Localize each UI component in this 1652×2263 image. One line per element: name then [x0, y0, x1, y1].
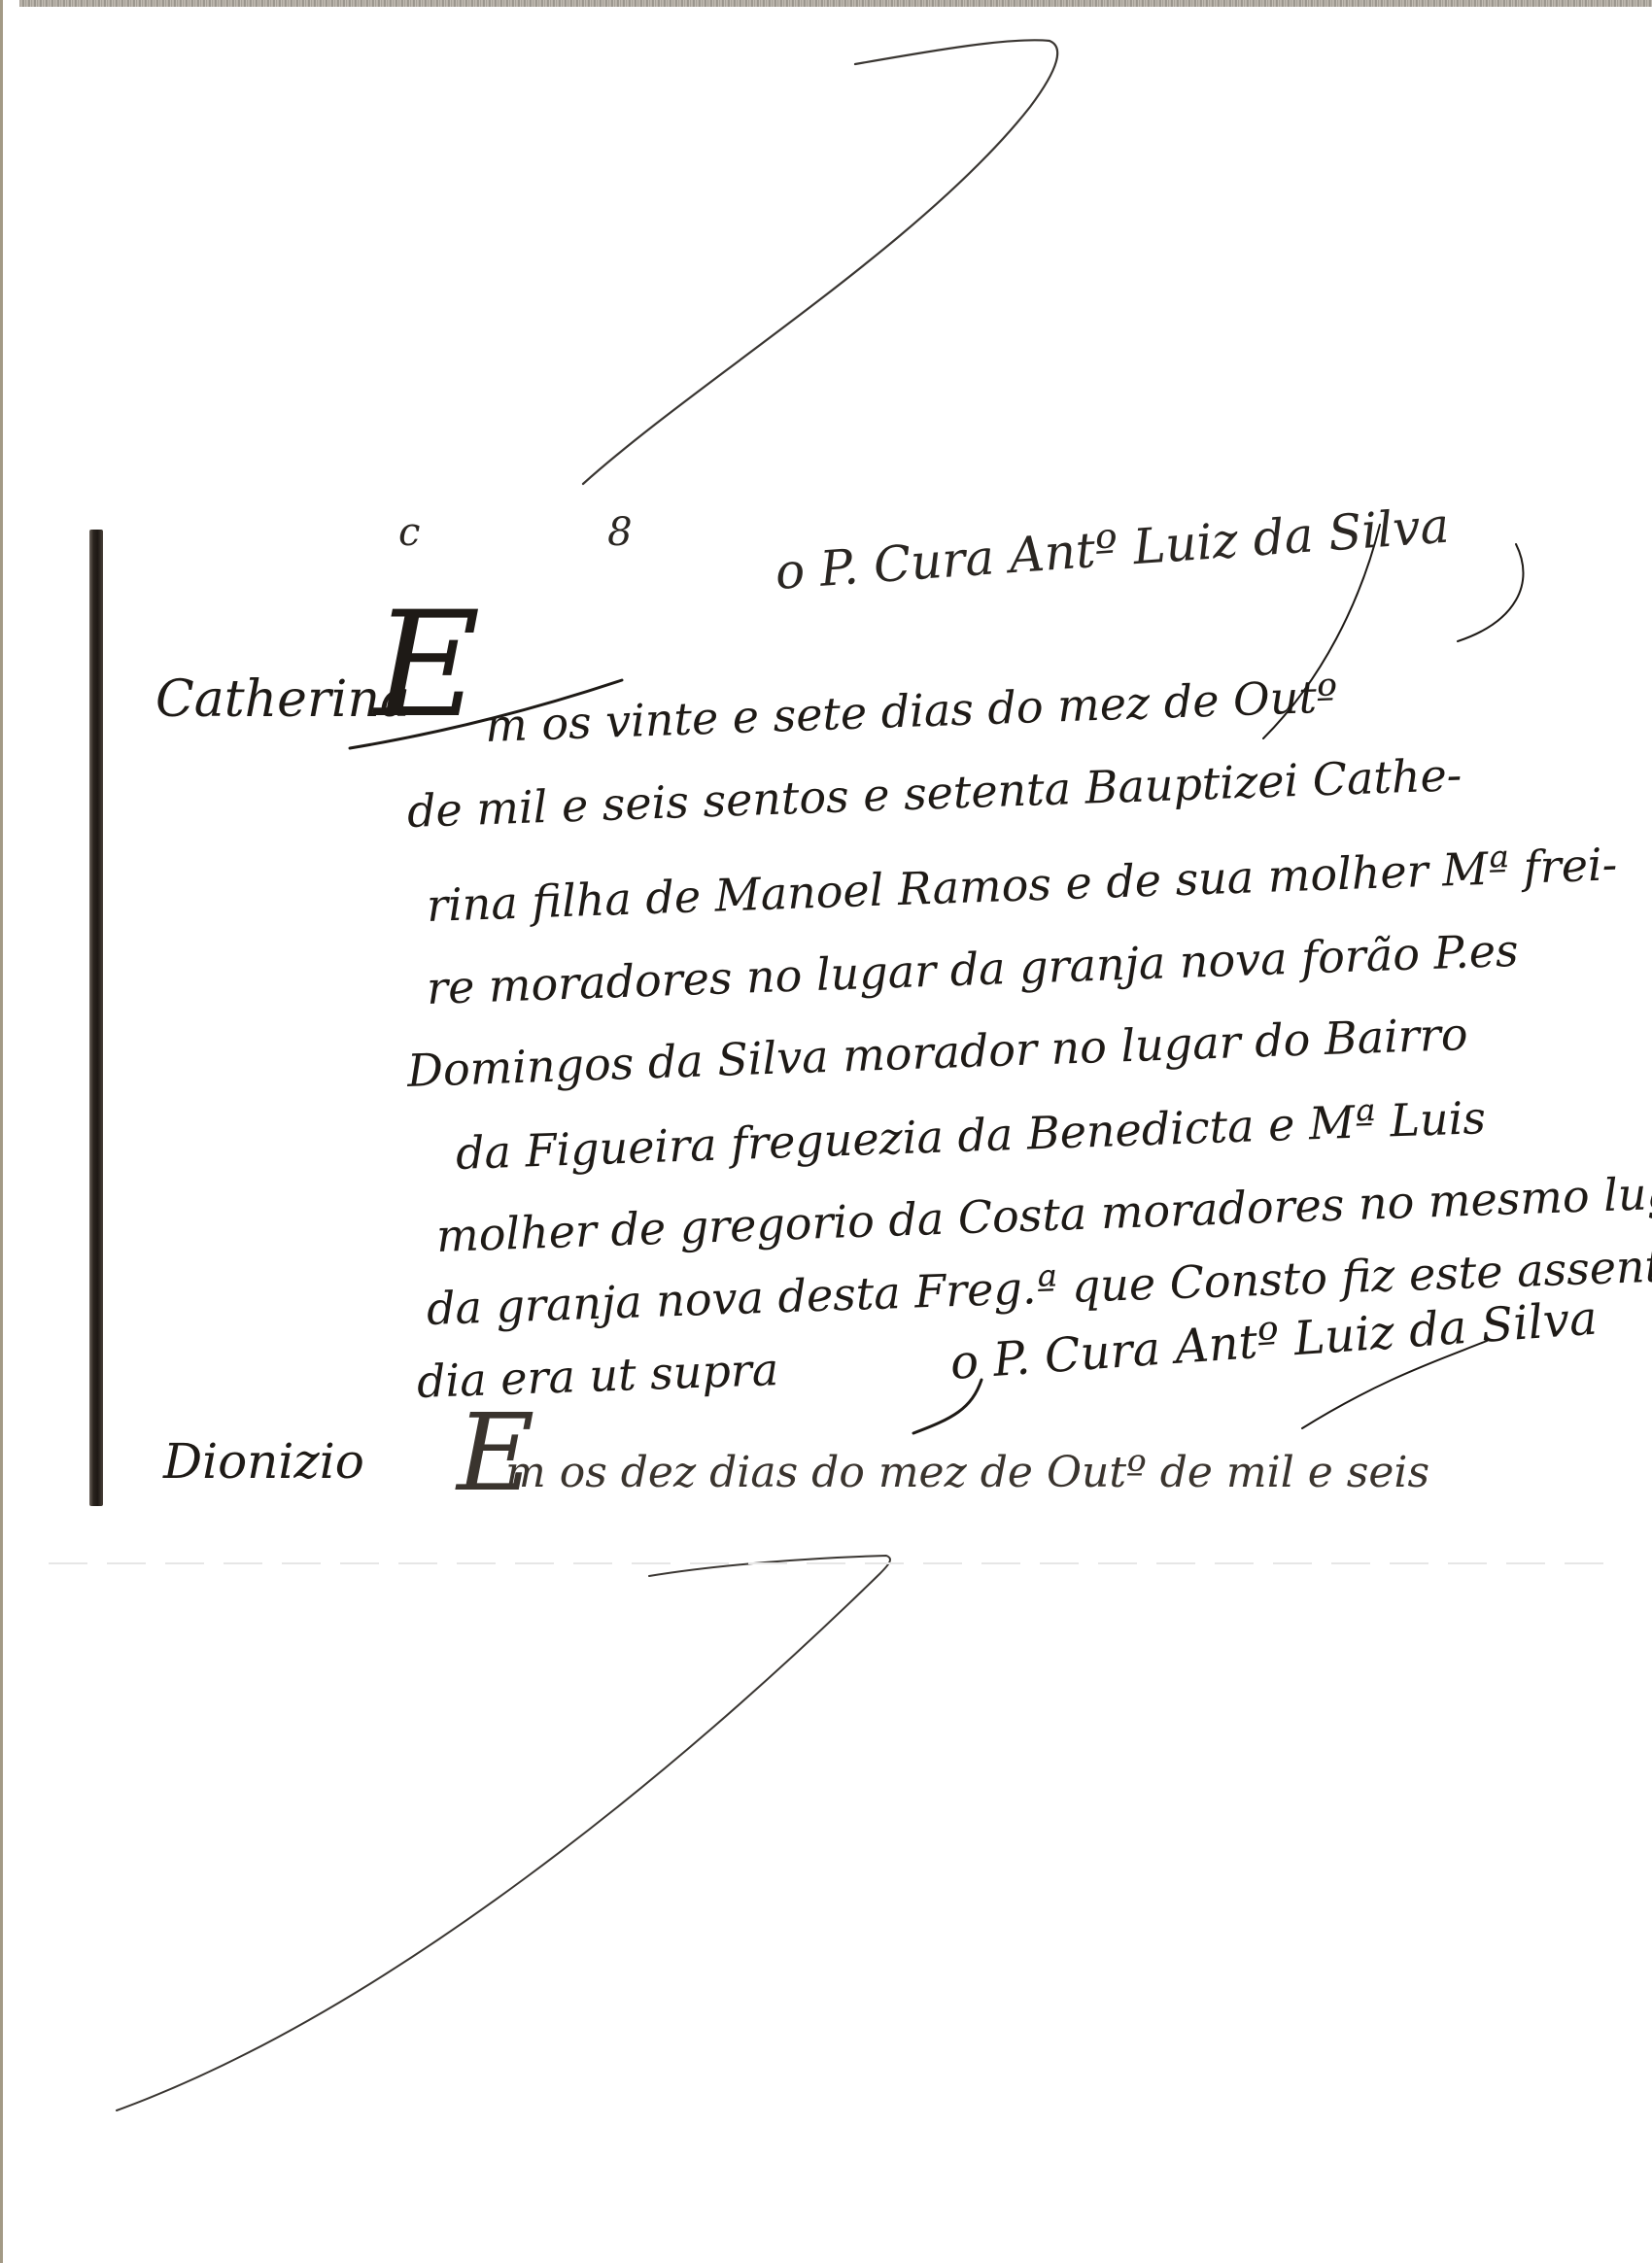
decorative-z-stroke-bottom [117, 1556, 890, 2110]
margin-name: Catherina [155, 670, 410, 729]
entry-line: Domingos da Silva morador no lugar do Ba… [406, 1008, 1468, 1097]
header-mark: 8 [607, 510, 719, 555]
entry-line: de mil e seis sentos e setenta Bauptizei… [406, 748, 1463, 838]
scan-page-edge-left [0, 0, 3, 2263]
entry-line: da Figueira freguezia da Benedicta e Mª … [455, 1091, 1487, 1180]
drop-cap: E [374, 593, 481, 738]
scan-page-edge-top [19, 0, 1652, 7]
header-signature: o P. Cura Antº Luiz da Silva [774, 497, 1451, 600]
entry-line: rina filha de Manoel Ramos e de sua molh… [426, 838, 1618, 932]
header-mark: c [398, 510, 507, 555]
decorative-z-stroke-top [583, 40, 1057, 484]
entry-line: m os vinte e sete dias do mez de Outº [484, 669, 1338, 752]
header-marks: c 8 [398, 510, 720, 555]
entry-line: m os dez dias do mez de Outº de mil e se… [505, 1448, 1429, 1497]
margin-name: Dionizio [163, 1433, 364, 1490]
scan-fold-line [49, 1562, 1623, 1564]
margin-rule [89, 530, 103, 1506]
entry-line: re moradores no lugar da granja nova for… [426, 924, 1519, 1014]
